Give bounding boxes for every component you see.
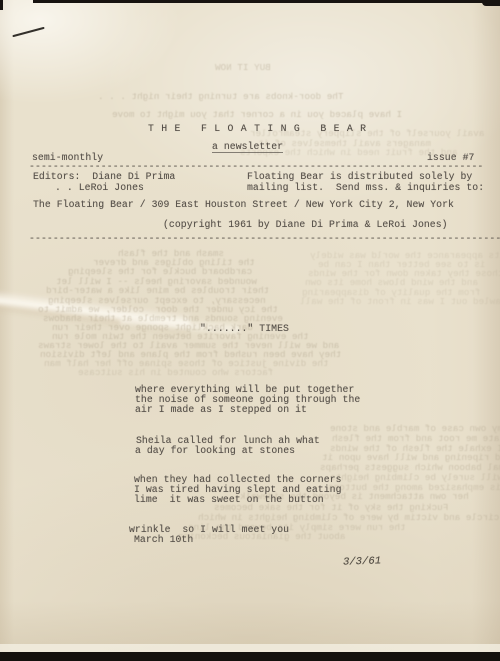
bleedthrough-line: it will surely be climbing heights bbox=[330, 473, 500, 482]
bleedthrough-line: in my own case of marble and stone bbox=[330, 424, 500, 433]
paper-bottom-edge bbox=[0, 644, 500, 652]
pen-mark bbox=[12, 27, 44, 37]
poem-title: "......." TIMES bbox=[200, 324, 289, 334]
editors-line-2: . . LeRoi Jones bbox=[55, 183, 144, 193]
bleedthrough-line: late me root and from the flesh bbox=[332, 434, 500, 443]
scan-edge-top bbox=[33, 0, 500, 3]
bleedthrough-line: cardboard buckle for the sleeping bbox=[68, 267, 252, 276]
bleedthrough-line: factors who counted in his suitcase bbox=[78, 368, 273, 377]
bleedthrough-line: and the wind blows home its own bbox=[305, 278, 478, 287]
newsletter-subtitle: a newsletter bbox=[212, 142, 283, 153]
bleedthrough-line: sprawled out I was in front of the wall bbox=[300, 297, 500, 306]
bleedthrough-line: BUY IT NOW bbox=[215, 63, 271, 72]
divider-line-bottom: ----------------------------------------… bbox=[29, 234, 500, 244]
date-stamp: 3/3/61 bbox=[343, 556, 381, 567]
poem-line: lime it was sweet on the button bbox=[134, 495, 324, 505]
distribution-line-2: mailing list. Send mss. & inquiries to: bbox=[247, 183, 484, 193]
bleedthrough-line: The door-knobs are turning their night .… bbox=[98, 92, 343, 101]
address-line: The Floating Bear / 309 East Houston Str… bbox=[33, 200, 454, 210]
copyright-line: (copyright 1961 by Diane Di Prima & LeRo… bbox=[163, 220, 448, 230]
scan-edge-bottom bbox=[0, 652, 500, 661]
bleedthrough-line: I have placed you in a corner that you m… bbox=[112, 110, 402, 119]
masthead-title: T H E F L O A T I N G B E A R bbox=[148, 124, 367, 134]
scan-edge-left bbox=[0, 0, 3, 10]
scanned-page: BUY IT NOW The door-knobs are turning th… bbox=[0, 0, 500, 661]
bleedthrough-line: like an animal baboon which suggests per… bbox=[320, 463, 500, 472]
bleedthrough-line: circle and victim by were of climbing he… bbox=[198, 513, 499, 522]
poem-line: a day for looking at stones bbox=[135, 446, 295, 456]
bleedthrough-line: their troubles be mine like a water-bird bbox=[46, 286, 269, 295]
scan-edge-top-right bbox=[482, 0, 500, 6]
poem-line: air I made as I stepped on it bbox=[135, 405, 307, 415]
distribution-line-1: Floating Bear is distributed solely by bbox=[247, 172, 472, 182]
bleedthrough-line: stick-colored ripening and will have upo… bbox=[322, 453, 500, 462]
editors-line-1: Editors: Diane Di Prima bbox=[33, 172, 175, 182]
poem-line: March 10th bbox=[134, 535, 193, 545]
